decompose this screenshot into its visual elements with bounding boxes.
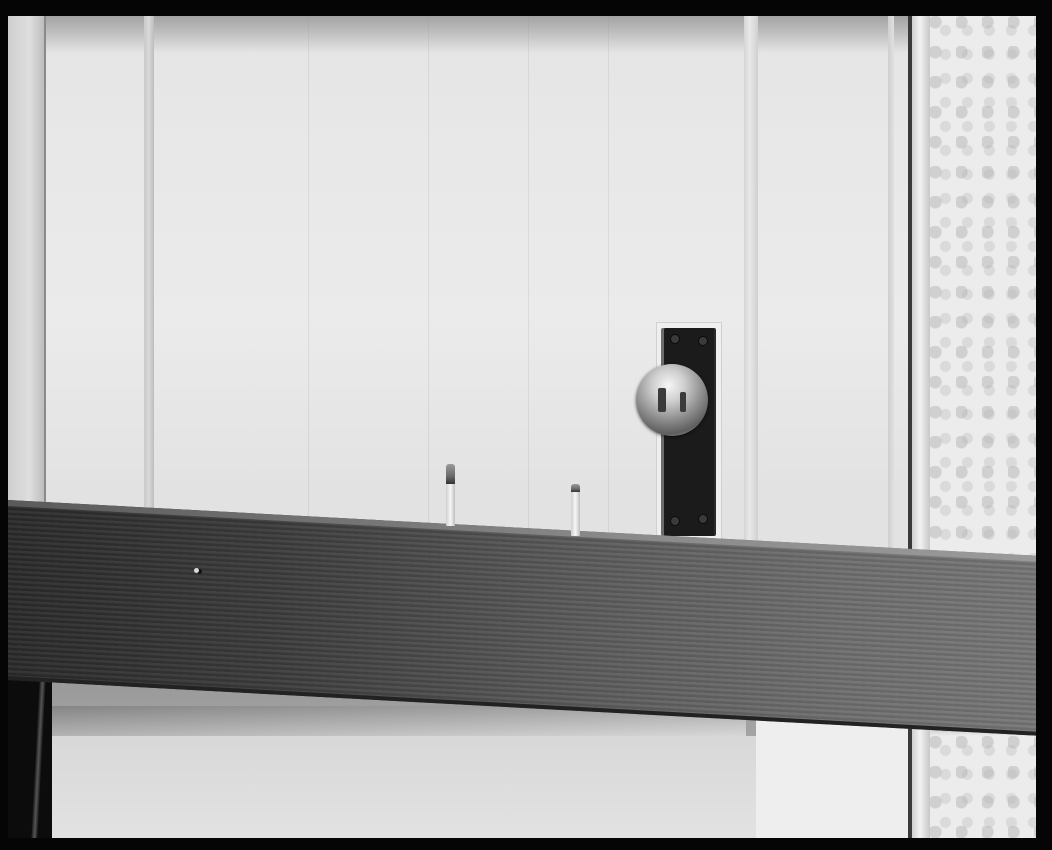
screw-icon bbox=[698, 336, 708, 346]
screw-icon bbox=[698, 514, 708, 524]
screw-icon bbox=[670, 516, 680, 526]
screw-icon bbox=[670, 334, 680, 344]
doorknob[interactable] bbox=[636, 364, 708, 436]
cigarette-butt-left bbox=[446, 482, 455, 526]
photo-frame bbox=[0, 0, 1052, 850]
door-top-shadow bbox=[46, 16, 916, 52]
knob-reflection bbox=[680, 392, 686, 412]
photograph bbox=[8, 16, 1036, 838]
film-border-notch bbox=[908, 0, 924, 16]
knob-reflection bbox=[658, 388, 666, 412]
nail-icon bbox=[194, 568, 199, 573]
cigarette-ash bbox=[446, 464, 455, 484]
cigarette-ash bbox=[571, 484, 580, 492]
cigarette-butt-right bbox=[571, 490, 580, 536]
